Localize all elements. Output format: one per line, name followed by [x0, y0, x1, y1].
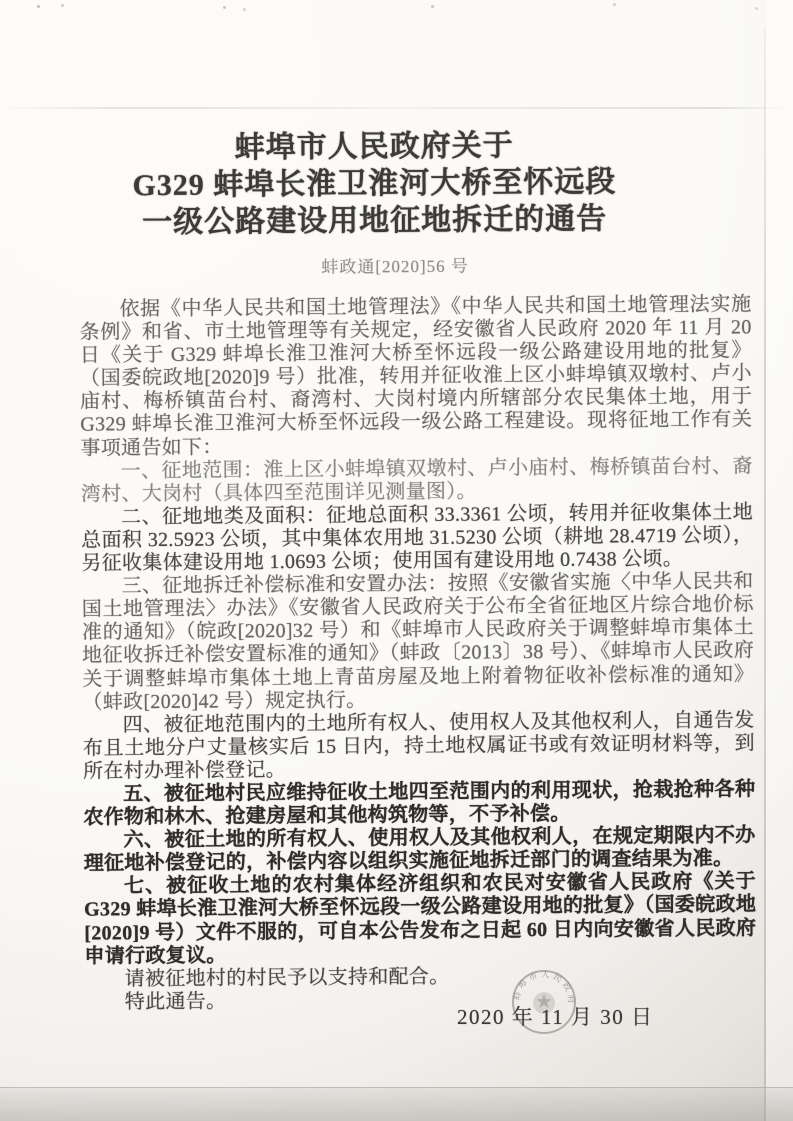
- notice-content: 蚌埠市人民政府关于 G329 蚌埠长淮卫淮河大桥至怀远段 一级公路建设用地征地拆…: [78, 125, 757, 1014]
- paragraph-item-1-scope: 一、征地范围：淮上区小蚌埠镇双墩村、卢小庙村、梅桥镇苗台村、裔湾村、大岗村（具体…: [81, 455, 753, 506]
- page-title-line-1: 蚌埠市人民政府关于: [78, 126, 670, 168]
- paragraph-item-7-admin-review: 七、被征收土地的农村集体经济组织和农民对安徽省人民政府《关于 G329 蚌埠长淮…: [84, 871, 757, 969]
- paper-edge-line: [764, 30, 766, 1121]
- notice-body: 依据《中华人民共和国土地管理法》《中华人民共和国土地管理法实施条例》和省、市土地…: [79, 293, 757, 1014]
- paragraph-item-2-land-area: 二、征地地类及面积：征地总面积 33.3361 公顷，转用并征收集体土地总面积 …: [81, 501, 754, 576]
- paragraph-item-5-status-quo: 五、被征地村民应维持征收土地四至范围内的利用现状，抢栽抢种各种农作物和林木、抢建…: [83, 778, 755, 829]
- date-line: 2020 年 11 月 30 日: [457, 1001, 653, 1031]
- paper-right-margin: [766, 0, 793, 1121]
- doc-number: 蚌政通[2020]56 号: [79, 249, 751, 279]
- closing-notice-line: 特此通告。: [85, 986, 757, 1014]
- scan-speck-artifacts: [37, 5, 40, 8]
- page-title-line-3: 一级公路建设用地征地拆迁的通告: [79, 200, 671, 242]
- scan-bottom-shadow: [0, 1087, 793, 1121]
- paragraph-item-6-no-registration: 六、被征土地的所有权人、使用权人及其他权利人，在规定期限内不办理征地补偿登记的，…: [84, 824, 756, 875]
- paragraph-item-3-compensation: 三、征地拆迁补偿标准和安置办法：按照《安徽省实施〈中华人民共和国土地管理法〉办法…: [82, 570, 755, 714]
- paragraph-intro: 依据《中华人民共和国土地管理法》《中华人民共和国土地管理法实施条例》和省、市土地…: [79, 293, 752, 460]
- page-title-line-2: G329 蚌埠长淮卫淮河大桥至怀远段: [78, 163, 670, 205]
- scan-streak-artifact: [0, 107, 793, 109]
- page-title: 蚌埠市人民政府关于 G329 蚌埠长淮卫淮河大桥至怀远段 一级公路建设用地征地拆…: [78, 125, 751, 241]
- scanned-notice-page: 蚌埠市人民政府关于 G329 蚌埠长淮卫淮河大桥至怀远段 一级公路建设用地征地拆…: [0, 0, 793, 1121]
- paragraph-item-4-registration: 四、被征地范围内的土地所有权人、使用权人及其他权利人，自通告发布且土地分户丈量核…: [83, 709, 756, 784]
